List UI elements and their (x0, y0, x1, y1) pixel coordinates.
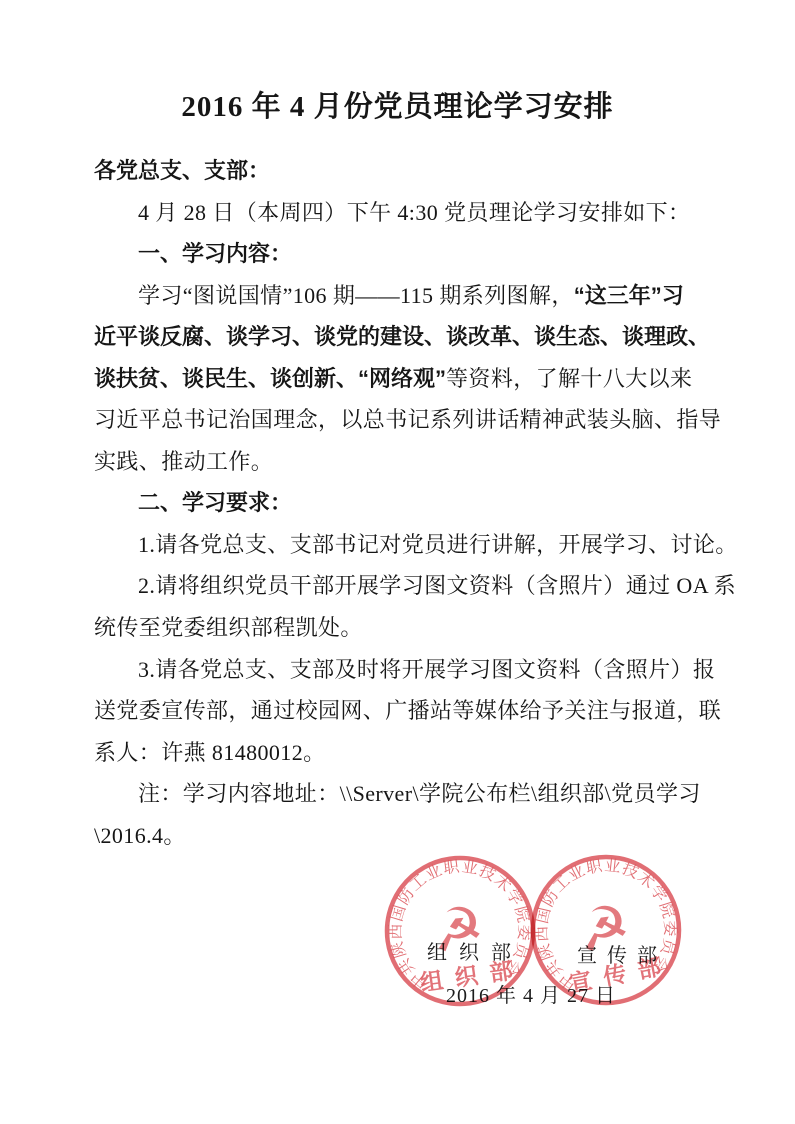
body-line: 1.请各党总支、支部书记对党员进行讲解，开展学习、讨论。 (94, 524, 714, 566)
document-body: 各党总支、支部： 4 月 28 日（本周四）下午 4:30 党员理论学习安排如下… (94, 150, 714, 856)
section-heading-2: 二、学习要求： (94, 482, 714, 524)
body-line: 谈扶贫、谈民生、谈创新、“网络观”等资料，了解十八大以来 (94, 358, 714, 400)
hammer-sickle-icon: ☭ (572, 890, 636, 967)
body-line: 统传至党委组织部程凯处。 (94, 607, 714, 649)
document-title: 2016 年 4 月份党员理论学习安排 (0, 84, 795, 125)
body-line: 近平谈反腐、谈学习、谈党的建设、谈改革、谈生态、谈理政、 (94, 316, 714, 358)
contact-line: 系人：许燕 81480012。 (94, 732, 714, 774)
document-page: 2016 年 4 月份党员理论学习安排 各党总支、支部： 4 月 28 日（本周… (0, 0, 795, 1124)
body-line: 2.请将组织党员干部开展学习图文资料（含照片）通过 OA 系 (94, 565, 714, 607)
body-line: 学习“图说国情”106 期——115 期系列图解，“这三年”习 (94, 275, 714, 317)
body-line: 3.请各党总支、支部及时将开展学习图文资料（含照片）报 (94, 649, 714, 691)
body-line: 送党委宣传部，通过校园网、广播站等媒体给予关注与报道，联 (94, 690, 714, 732)
salutation-line: 各党总支、支部： (94, 150, 714, 192)
official-seal-propaganda-dept: 中共陕西国防工业职业技术学院委员会 ☭ 宣传部 (513, 837, 698, 1022)
section-heading-1: 一、学习内容： (94, 233, 714, 275)
note-line: 注：学习内容地址：\\Server\学院公布栏\组织部\党员学习 (94, 773, 714, 815)
body-line: 4 月 28 日（本周四）下午 4:30 党员理论学习安排如下： (94, 192, 714, 234)
body-line: 习近平总书记治国理念，以总书记系列讲话精神武装头脑、指导 (94, 399, 714, 441)
body-line: 实践、推动工作。 (94, 441, 714, 483)
hammer-sickle-icon: ☭ (427, 892, 488, 967)
